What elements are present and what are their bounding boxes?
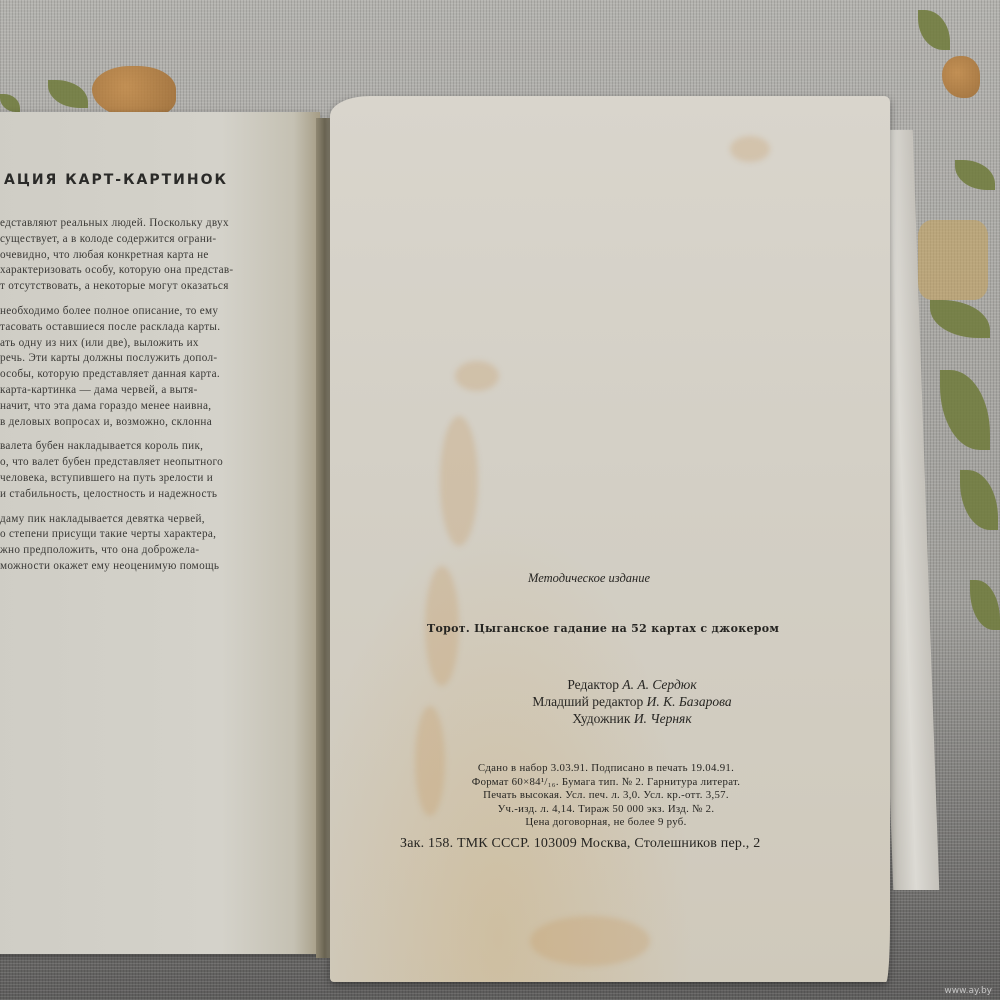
print-info: Сдано в набор 3.03.91. Подписано в печат… <box>426 762 786 830</box>
leaf-motif <box>940 370 990 450</box>
order-line: Зак. 158. ТМК СССР. 103009 Москва, Столе… <box>400 836 760 852</box>
text-line: и стабильность, целостность и надежность <box>0 487 272 503</box>
leaf-motif <box>960 470 998 530</box>
credit-role: Редактор <box>567 677 619 692</box>
credit-name: А. А. Сердюк <box>622 677 696 692</box>
leaf-motif <box>48 80 88 108</box>
left-page-body: едставляют реальных людей. Поскольку дву… <box>0 216 272 575</box>
text-line: особы, которую представляет данная карта… <box>0 367 272 383</box>
leaf-motif <box>0 94 20 112</box>
watermark: www.ay.by <box>944 986 992 996</box>
text-line: можности окажет ему неоценимую помощь <box>0 559 272 575</box>
text-line: валета бубен накладывается король пик, <box>0 439 272 455</box>
credit-line: Художник И. Черняк <box>482 710 782 727</box>
credit-line: Младший редактор И. К. Базарова <box>482 693 782 710</box>
print-info-line: Печать высокая. Усл. печ. л. 3,0. Усл. к… <box>426 789 786 803</box>
credit-name: И. К. Базарова <box>647 694 732 709</box>
water-stain <box>455 361 499 391</box>
fruit-motif <box>942 56 980 98</box>
text-line: тасовать оставшиеся после расклада карты… <box>0 320 272 336</box>
print-info-line: Уч.-изд. л. 4,14. Тираж 50 000 экз. Изд.… <box>426 803 786 817</box>
leaf-motif <box>955 160 995 190</box>
fruit-motif <box>92 66 176 118</box>
print-info-line: Формат 60×84¹/₁₆. Бумага тип. № 2. Гарни… <box>426 776 786 790</box>
text-line: человека, вступившего на путь зрелости и <box>0 471 272 487</box>
water-stain <box>730 136 770 162</box>
credit-role: Младший редактор <box>532 694 643 709</box>
leaf-motif <box>918 10 950 50</box>
book-title: Торот. Цыганское гадание на 52 картах с … <box>427 622 779 635</box>
print-info-line: Цена договорная, не более 9 руб. <box>426 816 786 830</box>
text-line: жно предположить, что она доброжела- <box>0 543 272 559</box>
credit-name: И. Черняк <box>634 711 692 726</box>
text-line: едставляют реальных людей. Поскольку дву… <box>0 216 272 232</box>
leaf-motif <box>970 580 1000 630</box>
text-line: даму пик накладывается девятка червей, <box>0 512 272 528</box>
left-page-heading: АЦИЯ КАРТ-КАРТИНОК <box>0 172 300 188</box>
text-line: карта-картинка — дама червей, а вытя- <box>0 383 272 399</box>
credit-line: Редактор А. А. Сердюк <box>482 676 782 693</box>
text-line: очевидно, что любая конкретная карта не <box>0 248 272 264</box>
text-line: существует, а в колоде содержится ограни… <box>0 232 272 248</box>
credits: Редактор А. А. Сердюк Младший редактор И… <box>482 676 782 727</box>
flower-motif <box>918 220 988 300</box>
text-line: о, что валет бубен представляет неопытно… <box>0 455 272 471</box>
text-line: необходимо более полное описание, то ему <box>0 304 272 320</box>
text-line: характеризовать особу, которую она предс… <box>0 263 272 279</box>
text-line: начит, что эта дама гораздо менее наивна… <box>0 399 272 415</box>
water-stain <box>530 916 650 966</box>
text-line: в деловых вопросах и, возможно, склонна <box>0 415 272 431</box>
print-info-line: Сдано в набор 3.03.91. Подписано в печат… <box>426 762 786 776</box>
text-line: ать одну из них (или две), выложить их <box>0 336 272 352</box>
edition-type: Методическое издание <box>528 571 650 586</box>
leaf-motif <box>930 300 990 338</box>
water-stain <box>440 416 478 546</box>
text-line: о степени присущи такие черты характера, <box>0 527 272 543</box>
text-line: т отсутствовать, а некоторые могут оказа… <box>0 279 272 295</box>
credit-role: Художник <box>572 711 630 726</box>
text-line: речь. Эти карты должны послужить допол- <box>0 351 272 367</box>
